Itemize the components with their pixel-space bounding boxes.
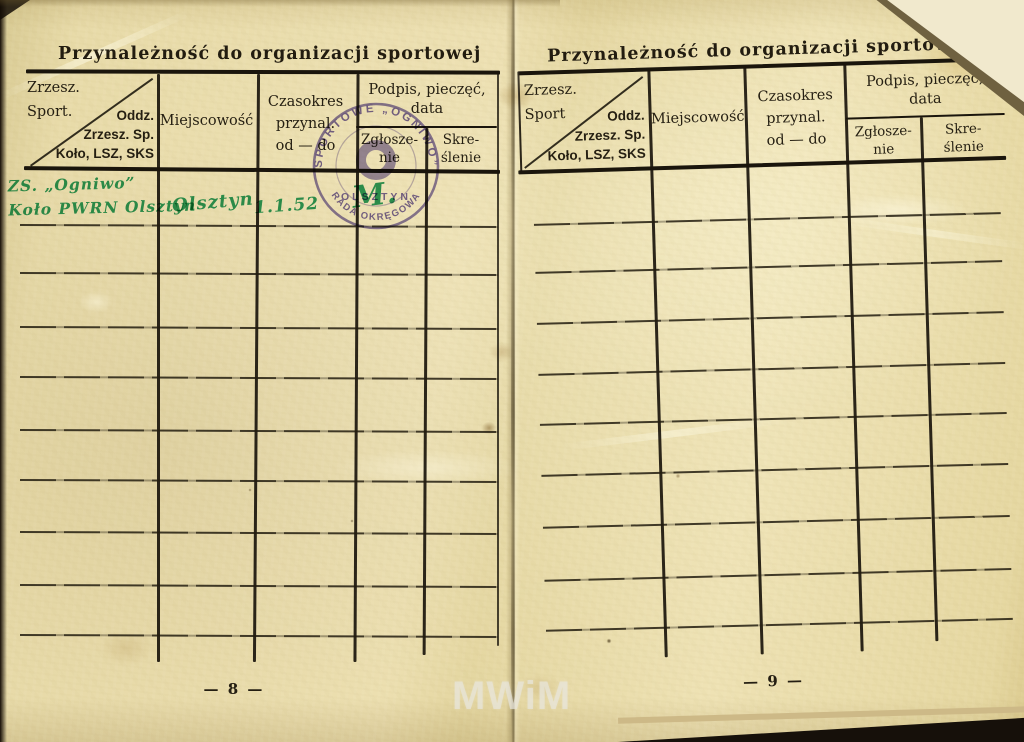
official-stamp: SPORTOWE „OGNIWO” RADA OKRĘGOWA OLSZTYN xyxy=(302,96,450,246)
stamp-ring-text: SPORTOWE „OGNIWO” xyxy=(313,103,439,168)
photo-edge-left xyxy=(0,0,7,742)
center-fold-shadow xyxy=(511,0,515,742)
archive-watermark: MWiM xyxy=(452,674,571,719)
entry-organization: ZS. „Ogniwo” Koło PWRN Olsztyn xyxy=(7,170,196,223)
scanned-booklet-spread: Przynależność do organizacji sportowej Z… xyxy=(0,0,1024,742)
svg-text:SPORTOWE „OGNIWO”: SPORTOWE „OGNIWO” xyxy=(313,103,439,168)
photo-edge-top xyxy=(0,0,560,7)
stamp-city-text: OLSZTYN xyxy=(341,191,411,203)
